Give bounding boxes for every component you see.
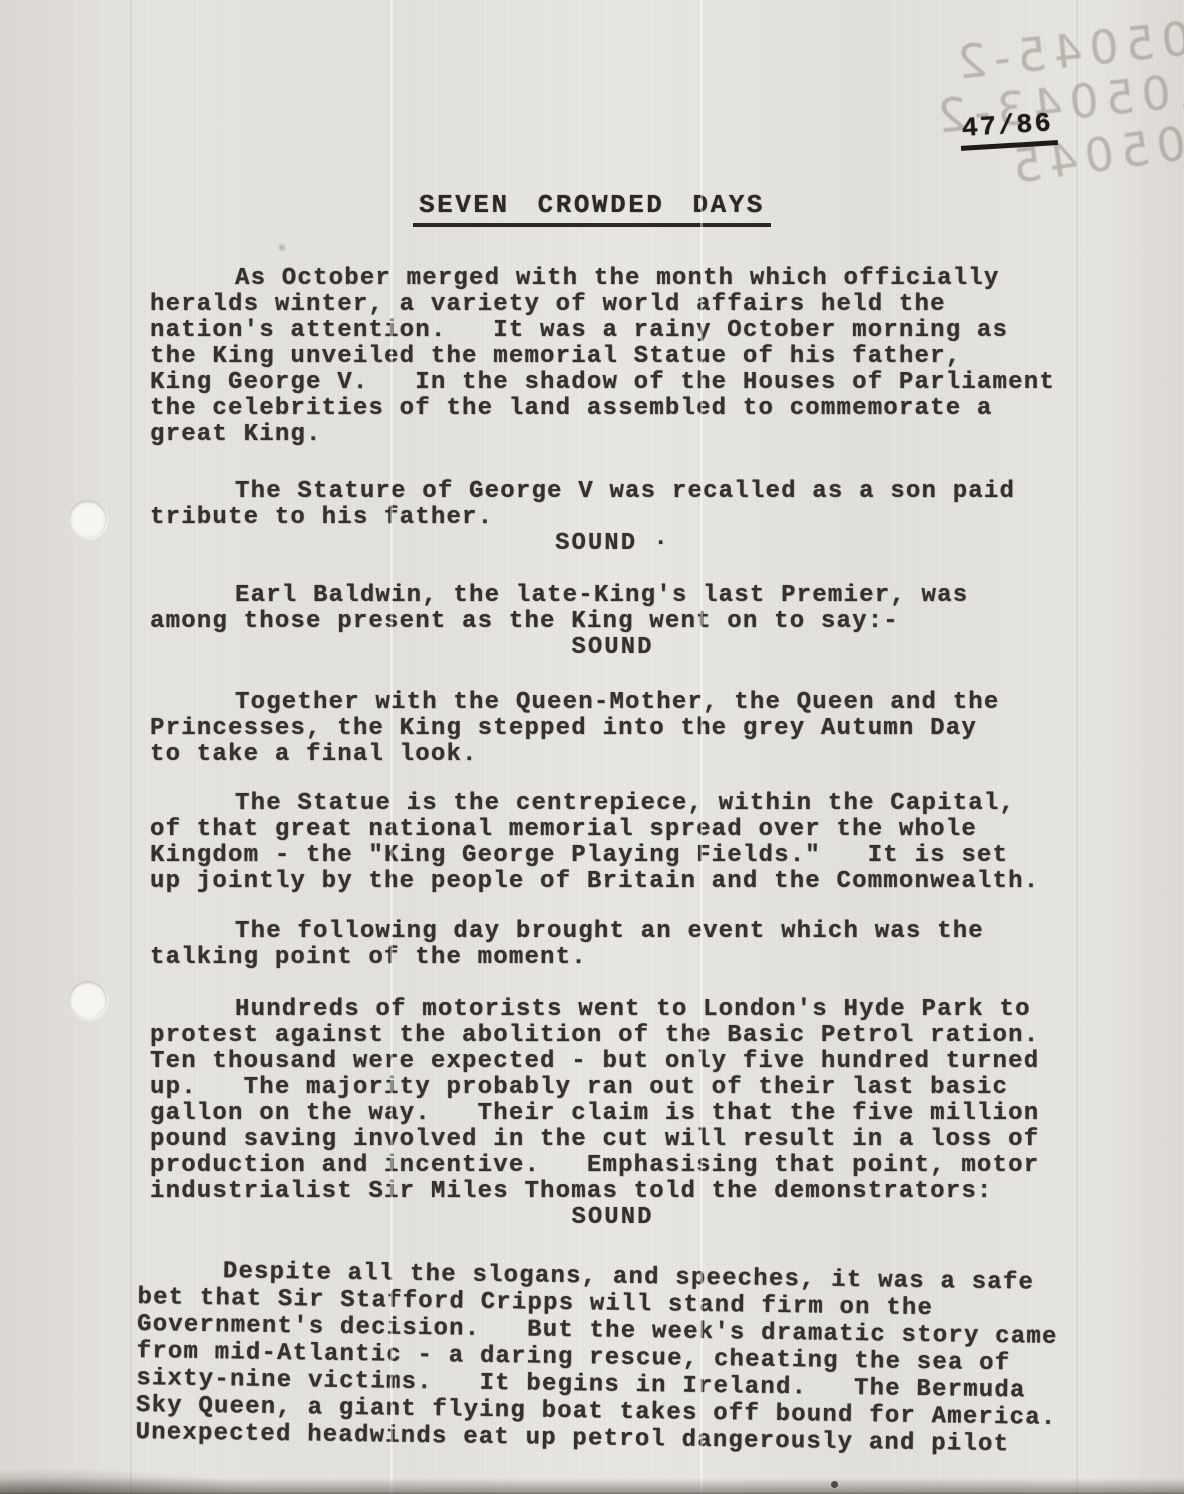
punch-hole-top bbox=[69, 500, 107, 538]
reference-number-stamp: 47/86 bbox=[959, 109, 1058, 151]
page-title: SEVEN CROWDED DAYS bbox=[0, 190, 1184, 227]
sound-cue-2: SOUND bbox=[150, 635, 1075, 661]
paragraph-following-day: The following day brought an event which… bbox=[150, 919, 1075, 971]
paragraph-baldwin: Earl Baldwin, the late-King's last Premi… bbox=[150, 583, 1075, 635]
paper-crease bbox=[390, 0, 393, 1494]
paragraph-atlantic-rescue: Despite all the slogans, and speeches, i… bbox=[135, 1257, 1063, 1459]
punch-hole-bottom bbox=[69, 981, 107, 1019]
scanned-newsreel-script-page: 105045-2 105043-2 105045 47/86 SEVEN CRO… bbox=[0, 0, 1184, 1494]
paragraph-stature: The Stature of George V was recalled as … bbox=[150, 479, 1075, 531]
page-title-text: SEVEN CROWDED DAYS bbox=[413, 190, 771, 227]
paper-crease bbox=[130, 0, 132, 1494]
paragraph-opening: As October merged with the month which o… bbox=[150, 266, 1075, 448]
paragraph-statue-memorial: The Statue is the centrepiece, within th… bbox=[150, 791, 1075, 895]
page-bottom-shadow bbox=[0, 1478, 1184, 1494]
sound-cue-3: SOUND bbox=[150, 1205, 1075, 1231]
sound-cue-1: SOUND · bbox=[150, 531, 1075, 557]
paper-crease bbox=[1076, 0, 1078, 1494]
paragraph-petrol-protest: Hundreds of motorists went to London's H… bbox=[150, 997, 1075, 1205]
ink-smudge bbox=[277, 243, 287, 252]
paragraph-queen-mother: Together with the Queen-Mother, the Quee… bbox=[150, 690, 1075, 768]
paper-crease bbox=[700, 0, 703, 1494]
